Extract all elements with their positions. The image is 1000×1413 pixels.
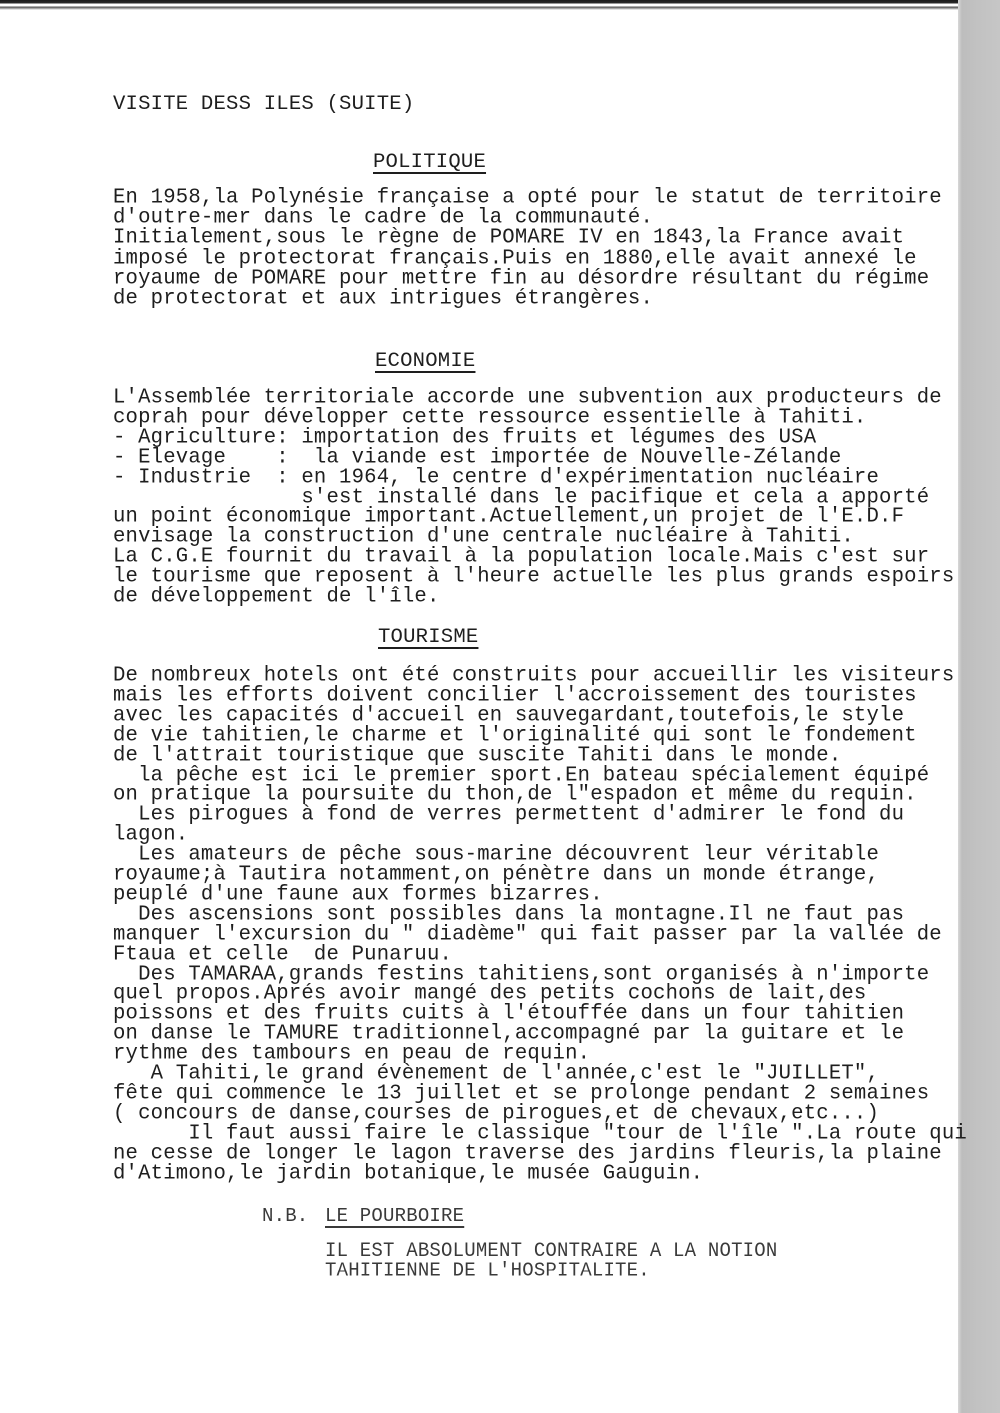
- note-prefix: N.B.: [262, 1206, 308, 1226]
- text-line: de développement de l'île.: [113, 587, 440, 608]
- section-heading-tourisme: TOURISME: [378, 628, 478, 648]
- scan-right-margin: [958, 0, 1000, 1413]
- section-heading-economie: ECONOMIE: [375, 352, 475, 372]
- text-line: IL EST ABSOLUMENT CONTRAIRE A LA NOTION: [325, 1240, 777, 1261]
- typewritten-page: VISITE DESS ILES (SUITE) POLITIQUE En 19…: [0, 0, 958, 1413]
- note-heading: LE POURBOIRE: [325, 1206, 464, 1226]
- text-line: d'Atimono,le jardin botanique,le musée G…: [113, 1164, 703, 1185]
- text-line: TAHITIENNE DE L'HOSPITALITE.: [325, 1260, 650, 1281]
- section-heading-politique: POLITIQUE: [373, 153, 486, 173]
- text-line: de protectorat et aux intrigues étrangèr…: [113, 289, 653, 310]
- text-line: Les pirogues à fond de verres permettent…: [113, 805, 904, 826]
- page-title: VISITE DESS ILES (SUITE): [113, 95, 414, 115]
